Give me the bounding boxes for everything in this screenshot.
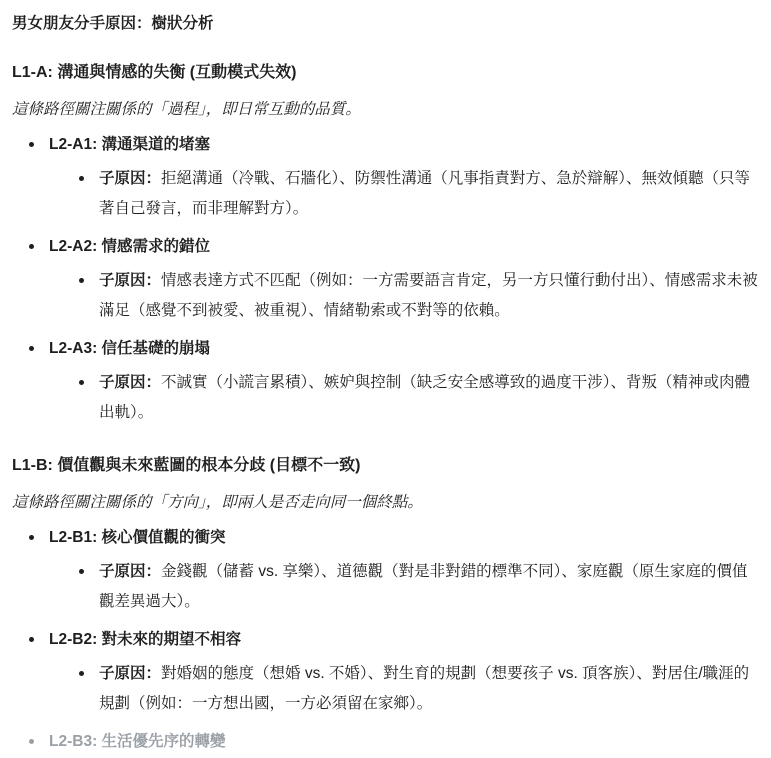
sub-reason-text: 情感表達方式不匹配（例如：一方需要語言肯定，另一方只懂行動付出）、情感需求未被滿… [99,272,758,319]
sub-reason-item: 子原因：金錢觀（儲蓄 vs. 享樂）、道德觀（對是非對錯的標準不同）、家庭觀（原… [49,557,761,617]
reason-item: L2-B1: 核心價值觀的衝突 子原因：金錢觀（儲蓄 vs. 享樂）、道德觀（對… [12,527,761,617]
sub-reason-text: 金錢觀（儲蓄 vs. 享樂）、道德觀（對是非對錯的標準不同）、家庭觀（原生家庭的… [99,563,747,610]
reason-label: L2-A3: 信任基礎的崩塌 [49,340,210,357]
sub-reason-label: 子原因： [99,272,161,289]
bullet-icon [29,142,34,147]
sub-reason-label: 子原因： [99,665,161,682]
reason-label: L2-A2: 情感需求的錯位 [49,238,210,255]
bullet-icon [79,671,84,676]
bullet-icon [79,380,84,385]
reason-item: L2-A1: 溝通渠道的堵塞 子原因：拒絕溝通（冷戰、石牆化）、防禦性溝通（凡事… [12,134,761,224]
sub-reason-text: 拒絕溝通（冷戰、石牆化）、防禦性溝通（凡事指責對方、急於辯解）、無效傾聽（只等著… [99,170,750,217]
section-intro: 這條路徑關注關係的「過程」，即日常互動的品質。 [12,98,761,122]
bullet-icon [29,535,34,540]
section-intro: 這條路徑關注關係的「方向」，即兩人是否走向同一個終點。 [12,491,761,515]
reason-label: L2-A1: 溝通渠道的堵塞 [49,136,210,153]
reason-list: L2-A1: 溝通渠道的堵塞 子原因：拒絕溝通（冷戰、石牆化）、防禦性溝通（凡事… [12,134,761,428]
reason-item: L2-A3: 信任基礎的崩塌 子原因：不誠實（小謊言累積）、嫉妒與控制（缺乏安全… [12,338,761,428]
bullet-icon [29,637,34,642]
sub-reason-list: 子原因：情感表達方式不匹配（例如：一方需要語言肯定，另一方只懂行動付出）、情感需… [49,266,761,326]
reason-item-streaming: L2-B3: 生活優先序的轉變 [12,731,761,753]
sub-reason-label: 子原因： [99,563,161,580]
reason-label: L2-B3: 生活優先序的轉變 [49,733,226,750]
reason-label: L2-B1: 核心價值觀的衝突 [49,529,226,546]
sub-reason-list: 子原因：不誠實（小謊言累積）、嫉妒與控制（缺乏安全感導致的過度干涉）、背叛（精神… [49,368,761,428]
bullet-icon [79,278,84,283]
sub-reason-label: 子原因： [99,374,161,391]
bullet-icon [29,244,34,249]
sub-reason-list: 子原因：金錢觀（儲蓄 vs. 享樂）、道德觀（對是非對錯的標準不同）、家庭觀（原… [49,557,761,617]
sub-reason-label: 子原因： [99,170,161,187]
bullet-icon [79,176,84,181]
sub-reason-item: 子原因：對婚姻的態度（想婚 vs. 不婚）、對生育的規劃（想要孩子 vs. 頂客… [49,659,761,719]
sub-reason-list: 子原因：拒絕溝通（冷戰、石牆化）、防禦性溝通（凡事指責對方、急於辯解）、無效傾聽… [49,164,761,224]
sub-reason-item: 子原因：拒絕溝通（冷戰、石牆化）、防禦性溝通（凡事指責對方、急於辯解）、無效傾聽… [49,164,761,224]
sub-reason-item: 子原因：情感表達方式不匹配（例如：一方需要語言肯定，另一方只懂行動付出）、情感需… [49,266,761,326]
section-l1a: L1-A: 溝通與情感的失衡 (互動模式失效) 這條路徑關注關係的「過程」，即日… [12,61,761,428]
section-l1b: L1-B: 價值觀與未來藍圖的根本分歧 (目標不一致) 這條路徑關注關係的「方向… [12,454,761,753]
bullet-icon [29,346,34,351]
sub-reason-text: 不誠實（小謊言累積）、嫉妒與控制（缺乏安全感導致的過度干涉）、背叛（精神或肉體出… [99,374,750,421]
bullet-icon [29,739,34,744]
page-title: 男女朋友分手原因：樹狀分析 [12,13,761,35]
sub-reason-item: 子原因：不誠實（小謊言累積）、嫉妒與控制（缺乏安全感導致的過度干涉）、背叛（精神… [49,368,761,428]
document-body: 男女朋友分手原因：樹狀分析 L1-A: 溝通與情感的失衡 (互動模式失效) 這條… [0,0,771,753]
bullet-icon [79,569,84,574]
section-heading: L1-A: 溝通與情感的失衡 (互動模式失效) [12,61,761,85]
reason-label: L2-B2: 對未來的期望不相容 [49,631,241,648]
sub-reason-text: 對婚姻的態度（想婚 vs. 不婚）、對生育的規劃（想要孩子 vs. 頂客族）、對… [99,665,749,712]
reason-item: L2-B2: 對未來的期望不相容 子原因：對婚姻的態度（想婚 vs. 不婚）、對… [12,629,761,719]
section-heading: L1-B: 價值觀與未來藍圖的根本分歧 (目標不一致) [12,454,761,478]
sub-reason-list: 子原因：對婚姻的態度（想婚 vs. 不婚）、對生育的規劃（想要孩子 vs. 頂客… [49,659,761,719]
reason-item: L2-A2: 情感需求的錯位 子原因：情感表達方式不匹配（例如：一方需要語言肯定… [12,236,761,326]
reason-list: L2-B1: 核心價值觀的衝突 子原因：金錢觀（儲蓄 vs. 享樂）、道德觀（對… [12,527,761,753]
